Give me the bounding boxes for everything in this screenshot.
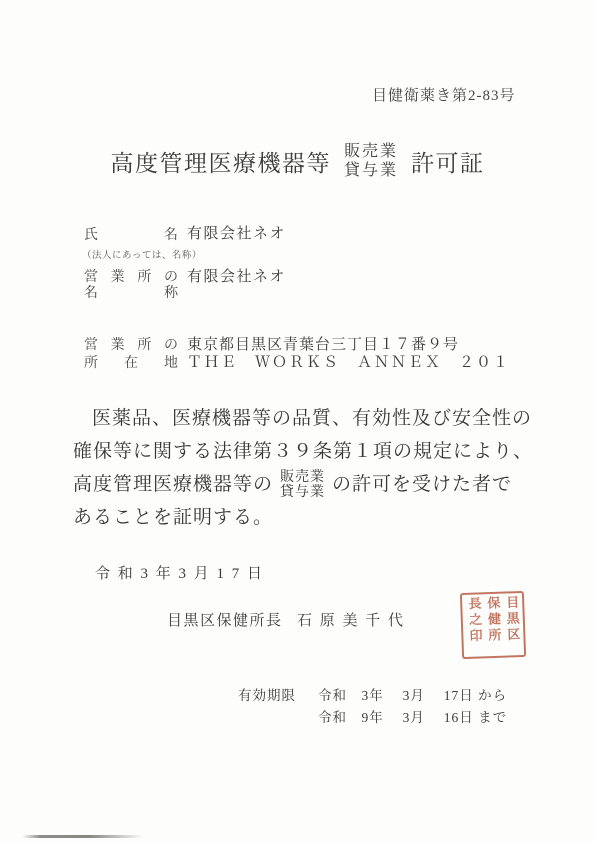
issue-date: 令 和 3 年 3 月 1 7 日 xyxy=(95,562,264,583)
body-line-3: 高度管理医療機器等の 販売業 貸与業 の許可を受けた者で xyxy=(73,468,543,501)
office-address-label-line2: 所在地 xyxy=(84,352,178,372)
name-field-note: （法人にあっては、名称） xyxy=(82,247,202,261)
validity-from-date: 令和 3年 3月 17日 から xyxy=(318,684,507,704)
name-field-value: 有限会社ネオ xyxy=(187,222,286,243)
office-address-label-line1: 営業所の xyxy=(84,334,178,354)
title-business-type-stack: 販売業 貸与業 xyxy=(344,142,398,180)
seal-column-3: 長之印 xyxy=(465,596,483,655)
validity-label: 有効期限 xyxy=(238,684,296,704)
body-line-3-pre: 高度管理医療機器等の xyxy=(73,468,273,501)
body-line-4: あることを証明する。 xyxy=(73,501,543,534)
body-line-3-post: の許可を受けた者で xyxy=(332,468,512,501)
office-name-label-line2: 名称 xyxy=(84,282,178,302)
official-seal: 目黒区 保健所 長之印 xyxy=(460,591,526,659)
validity-to-date: 令和 9年 3月 16日 まで xyxy=(318,706,507,726)
title-main-text: 高度管理医療機器等 xyxy=(110,145,331,178)
body-line-1: 医薬品、医療機器等の品質、有効性及び安全性の xyxy=(73,402,543,435)
issuer-title: 目黒区保健所長 xyxy=(167,609,283,630)
body-line-2: 確保等に関する法律第３９条第１項の規定により、 xyxy=(73,435,543,468)
seal-column-1: 目黒区 xyxy=(503,595,521,654)
title-sales-business-label: 販売業 xyxy=(344,142,398,161)
scan-artifact-smudge xyxy=(22,835,144,838)
issuer-name: 石 原 美 千 代 xyxy=(297,609,405,630)
certificate-title: 高度管理医療機器等 販売業 貸与業 許可証 xyxy=(0,142,595,180)
certificate-page: 目健衛薬き第2-83号 高度管理医療機器等 販売業 貸与業 許可証 氏名 有限会… xyxy=(0,0,595,842)
name-field-label: 氏名 xyxy=(84,224,178,244)
office-name-value: 有限会社ネオ xyxy=(187,265,286,286)
document-number: 目健衛薬き第2-83号 xyxy=(372,84,516,105)
body-business-type-stack: 販売業 貸与業 xyxy=(280,470,325,500)
certificate-body: 医薬品、医療機器等の品質、有効性及び安全性の 確保等に関する法律第３９条第１項の… xyxy=(73,402,543,534)
title-suffix-text: 許可証 xyxy=(411,145,485,178)
office-address-value-line2: ＴＨＥ ＷＯＲＫＳ ＡＮＮＥＸ ２０１ xyxy=(187,351,510,372)
body-sales-business-label: 販売業 xyxy=(280,470,325,485)
body-lease-business-label: 貸与業 xyxy=(280,485,325,500)
seal-column-2: 保健所 xyxy=(484,596,502,655)
title-lease-business-label: 貸与業 xyxy=(344,161,398,180)
